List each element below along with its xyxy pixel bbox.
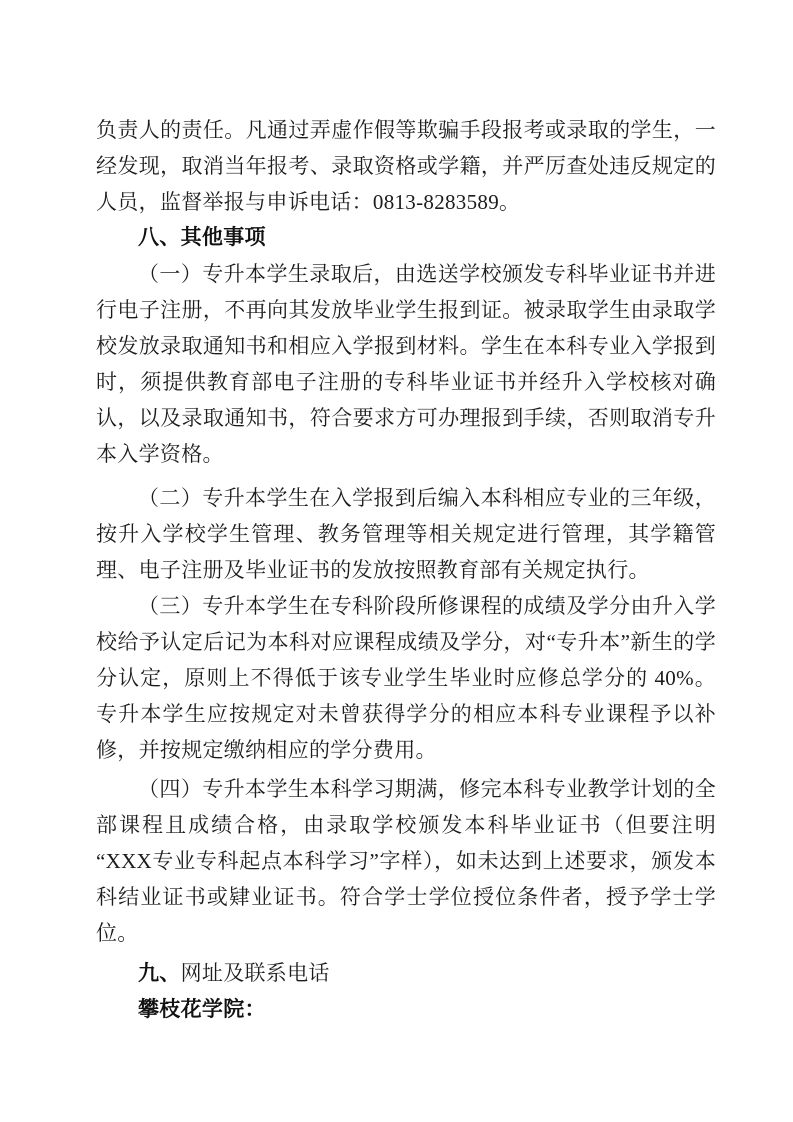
paragraph-other-item-1: （一）专升本学生录取后，由选送学校颁发专科毕业证书并进行电子注册，不再向其发放毕… — [96, 256, 716, 472]
document-page: 负责人的责任。凡通过弄虚作假等欺骗手段报考或录取的学生，一经发现，取消当年报考、… — [0, 0, 793, 1122]
paragraph-other-item-3: （三）专升本学生在专科阶段所修课程的成绩及学分由升入学校给予认定后记为本科对应课… — [96, 588, 716, 768]
paragraph-other-item-2: （二）专升本学生在入学报到后编入本科相应专业的三年级，按升入学校学生管理、教务管… — [96, 480, 716, 588]
document-content: 负责人的责任。凡通过弄虚作假等欺骗手段报考或录取的学生，一经发现，取消当年报考、… — [96, 112, 716, 1028]
paragraph-other-item-4: （四）专升本学生本科学习期满，修完本科专业教学计划的全部课程且成绩合格，由录取学… — [96, 771, 716, 951]
college-name-heading: 攀枝花学院： — [96, 992, 716, 1028]
section-heading-other-matters: 八、其他事项 — [96, 220, 716, 256]
section-contact-number: 九、 — [138, 962, 181, 985]
section-contact-title: 网址及联系电话 — [181, 961, 330, 985]
section-heading-contact: 九、网址及联系电话 — [96, 955, 716, 992]
paragraph-supervision-continuation: 负责人的责任。凡通过弄虚作假等欺骗手段报考或录取的学生，一经发现，取消当年报考、… — [96, 112, 716, 220]
